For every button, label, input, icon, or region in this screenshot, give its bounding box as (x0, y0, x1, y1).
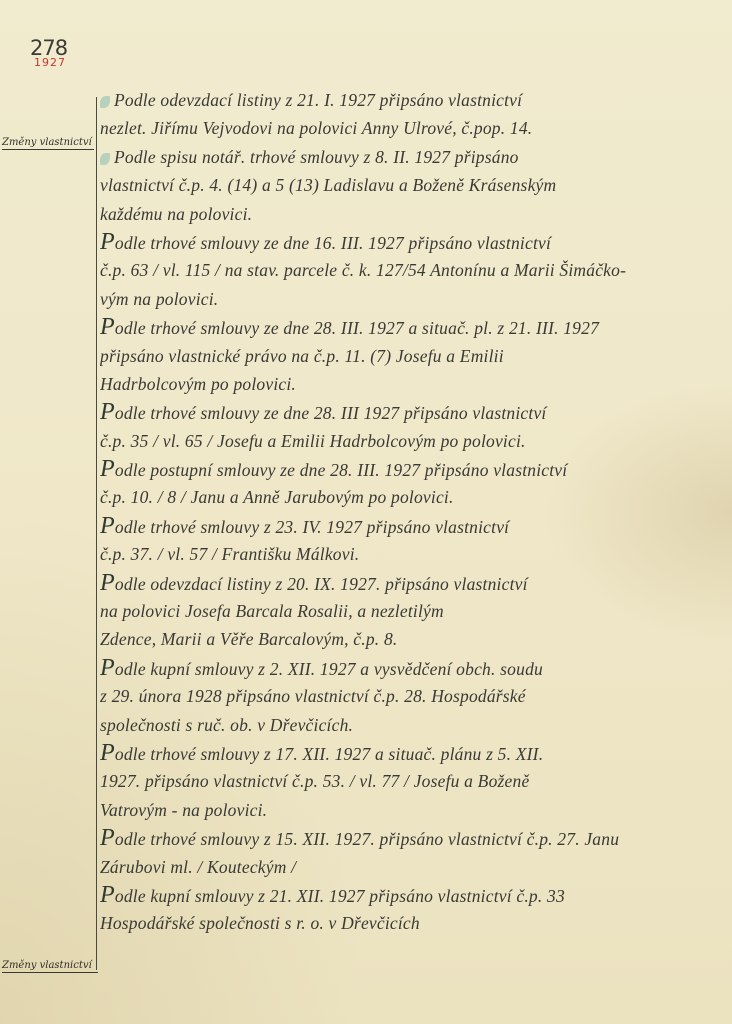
entry-line: Podle trhové smlouvy ze dne 28. III. 192… (100, 313, 716, 341)
entry-line: vým na polovici. (100, 285, 716, 313)
green-initial-icon (100, 153, 110, 165)
entry-line: č.p. 35 / vl. 65 / Josefu a Emilii Hadrb… (100, 427, 716, 455)
entry-line: Zárubovi ml. / Kouteckým / (100, 853, 716, 881)
entry-line: Zdence, Marii a Věře Barcalovým, č.p. 8. (100, 625, 716, 653)
entry-line: č.p. 10. / 8 / Janu a Anně Jarubovým po … (100, 483, 716, 511)
ledger-page: 278 1927 Změny vlastnictví Změny vlastni… (0, 0, 732, 1024)
green-initial-icon (100, 96, 110, 108)
entry-line: připsáno vlastnické právo na č.p. 11. (7… (100, 342, 716, 370)
entry-line: 1927. připsáno vlastnictví č.p. 53. / vl… (100, 767, 716, 795)
entry-line: Podle trhové smlouvy z 17. XII. 1927 a s… (100, 739, 716, 767)
entry-line: č.p. 63 / vl. 115 / na stav. parcele č. … (100, 256, 716, 284)
entry-line: každému na polovici. (100, 200, 716, 228)
entry-line: Podle kupní smlouvy z 2. XII. 1927 a vys… (100, 654, 716, 682)
entry-line: Podle trhové smlouvy z 15. XII. 1927. př… (100, 824, 716, 852)
entry-line: Podle spisu notář. trhové smlouvy z 8. I… (100, 143, 716, 171)
entry-line: vlastnictví č.p. 4. (14) a 5 (13) Ladisl… (100, 171, 716, 199)
entry-line: na polovici Josefa Barcala Rosalii, a ne… (100, 597, 716, 625)
margin-rule (96, 97, 97, 970)
entry-line: Podle postupní smlouvy ze dne 28. III. 1… (100, 455, 716, 483)
entry-line: Podle kupní smlouvy z 21. XII. 1927 přip… (100, 881, 716, 909)
entry-line: Podle odevzdací listiny z 21. I. 1927 př… (100, 86, 716, 114)
entry-line: Podle trhové smlouvy z 23. IV. 1927 přip… (100, 512, 716, 540)
entry-line: nezlet. Jiřímu Vejvodovi na polovici Ann… (100, 114, 716, 142)
entry-line: Podle trhové smlouvy ze dne 16. III. 192… (100, 228, 716, 256)
margin-note-ownership-changes: Změny vlastnictví (2, 137, 94, 150)
entry-line: z 29. února 1928 připsáno vlastnictví č.… (100, 682, 716, 710)
entry-line: Podle trhové smlouvy ze dne 28. III 1927… (100, 398, 716, 426)
entry-line: Vatrovým - na polovici. (100, 796, 716, 824)
entry-line: č.p. 37. / vl. 57 / Františku Málkovi. (100, 540, 716, 568)
page-year: 1927 (34, 56, 66, 69)
entry-line: Hadrbolcovým po polovici. (100, 370, 716, 398)
entry-line: společnosti s ruč. ob. v Dřevčicích. (100, 711, 716, 739)
entry-line: Podle odevzdací listiny z 20. IX. 1927. … (100, 569, 716, 597)
margin-note-ownership-changes-end: Změny vlastnictví (2, 960, 98, 973)
handwritten-entries: Podle odevzdací listiny z 21. I. 1927 př… (100, 86, 716, 938)
entry-line: Hospodářské společnosti s r. o. v Dřevči… (100, 909, 716, 937)
